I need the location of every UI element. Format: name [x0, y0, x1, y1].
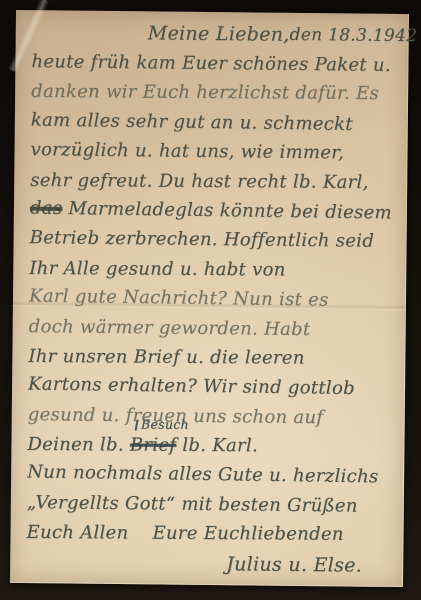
letter-line-with-strikeout: das Marmeladeglas könnte bei diesem — [30, 193, 396, 227]
inserted-note: Besuch — [136, 419, 189, 431]
struck-word: Brief — [130, 435, 177, 456]
date-line: den 18.3.1942 — [289, 20, 417, 51]
letter-header: Meine Lieben, den 18.3.1942 — [32, 17, 398, 51]
line-text: Deinen lb. — [27, 434, 124, 456]
postcard-photo: Meine Lieben, den 18.3.1942 heute früh k… — [0, 0, 421, 600]
letter-line: heute früh kam Euer schönes Paket u. — [31, 47, 397, 80]
letter-line: Nun nochmals alles Gute u. herzlichs — [27, 458, 393, 492]
letter-line-with-correction: Deinen lb. BesuchBrief lb. Karl. — [27, 430, 393, 462]
letter-line: doch wärmer geworden. Habt — [29, 312, 395, 345]
letter-line: Ihr unsren Brief u. die leeren — [28, 342, 394, 374]
signature: Julius u. Else. — [26, 547, 392, 581]
salutation: Meine Lieben, — [148, 18, 290, 49]
inserted-word: Besuch — [141, 417, 189, 432]
letter-line: sehr gefreut. Du hast recht lb. Karl, — [30, 165, 396, 197]
line-text: lb. Karl. — [182, 435, 258, 456]
handwritten-letter: Meine Lieben, den 18.3.1942 heute früh k… — [26, 17, 398, 580]
letter-line: „Vergellts Gott“ mit besten Grüßen — [27, 488, 393, 521]
letter-line: danken wir Euch herzlichst dafür. Es — [31, 77, 397, 109]
letter-line: Betrieb zerbrechen. Hoffentlich seid — [29, 223, 395, 256]
letter-line: Kartons erhalten? Wir sind gottlob — [28, 370, 394, 404]
postcard-paper: Meine Lieben, den 18.3.1942 heute früh k… — [10, 10, 409, 587]
letter-line: kam alles sehr gut an u. schmeckt — [31, 105, 397, 139]
letter-line: gesund u. freuen uns schon auf — [28, 400, 394, 433]
insertion-caret-icon — [135, 420, 139, 431]
line-text: Marmeladeglas könnte bei diesem — [68, 198, 392, 224]
letter-line: vorzüglich u. hat uns, wie immer, — [30, 135, 396, 168]
letter-line: Euch Allen Eure Euchliebenden — [26, 518, 392, 550]
correction-group: BesuchBrief — [130, 435, 177, 456]
letter-line: Ihr Alle gesund u. habt von — [29, 254, 395, 286]
struck-word: das — [30, 197, 63, 218]
letter-line: Karl gute Nachricht? Nun ist es — [29, 282, 395, 316]
